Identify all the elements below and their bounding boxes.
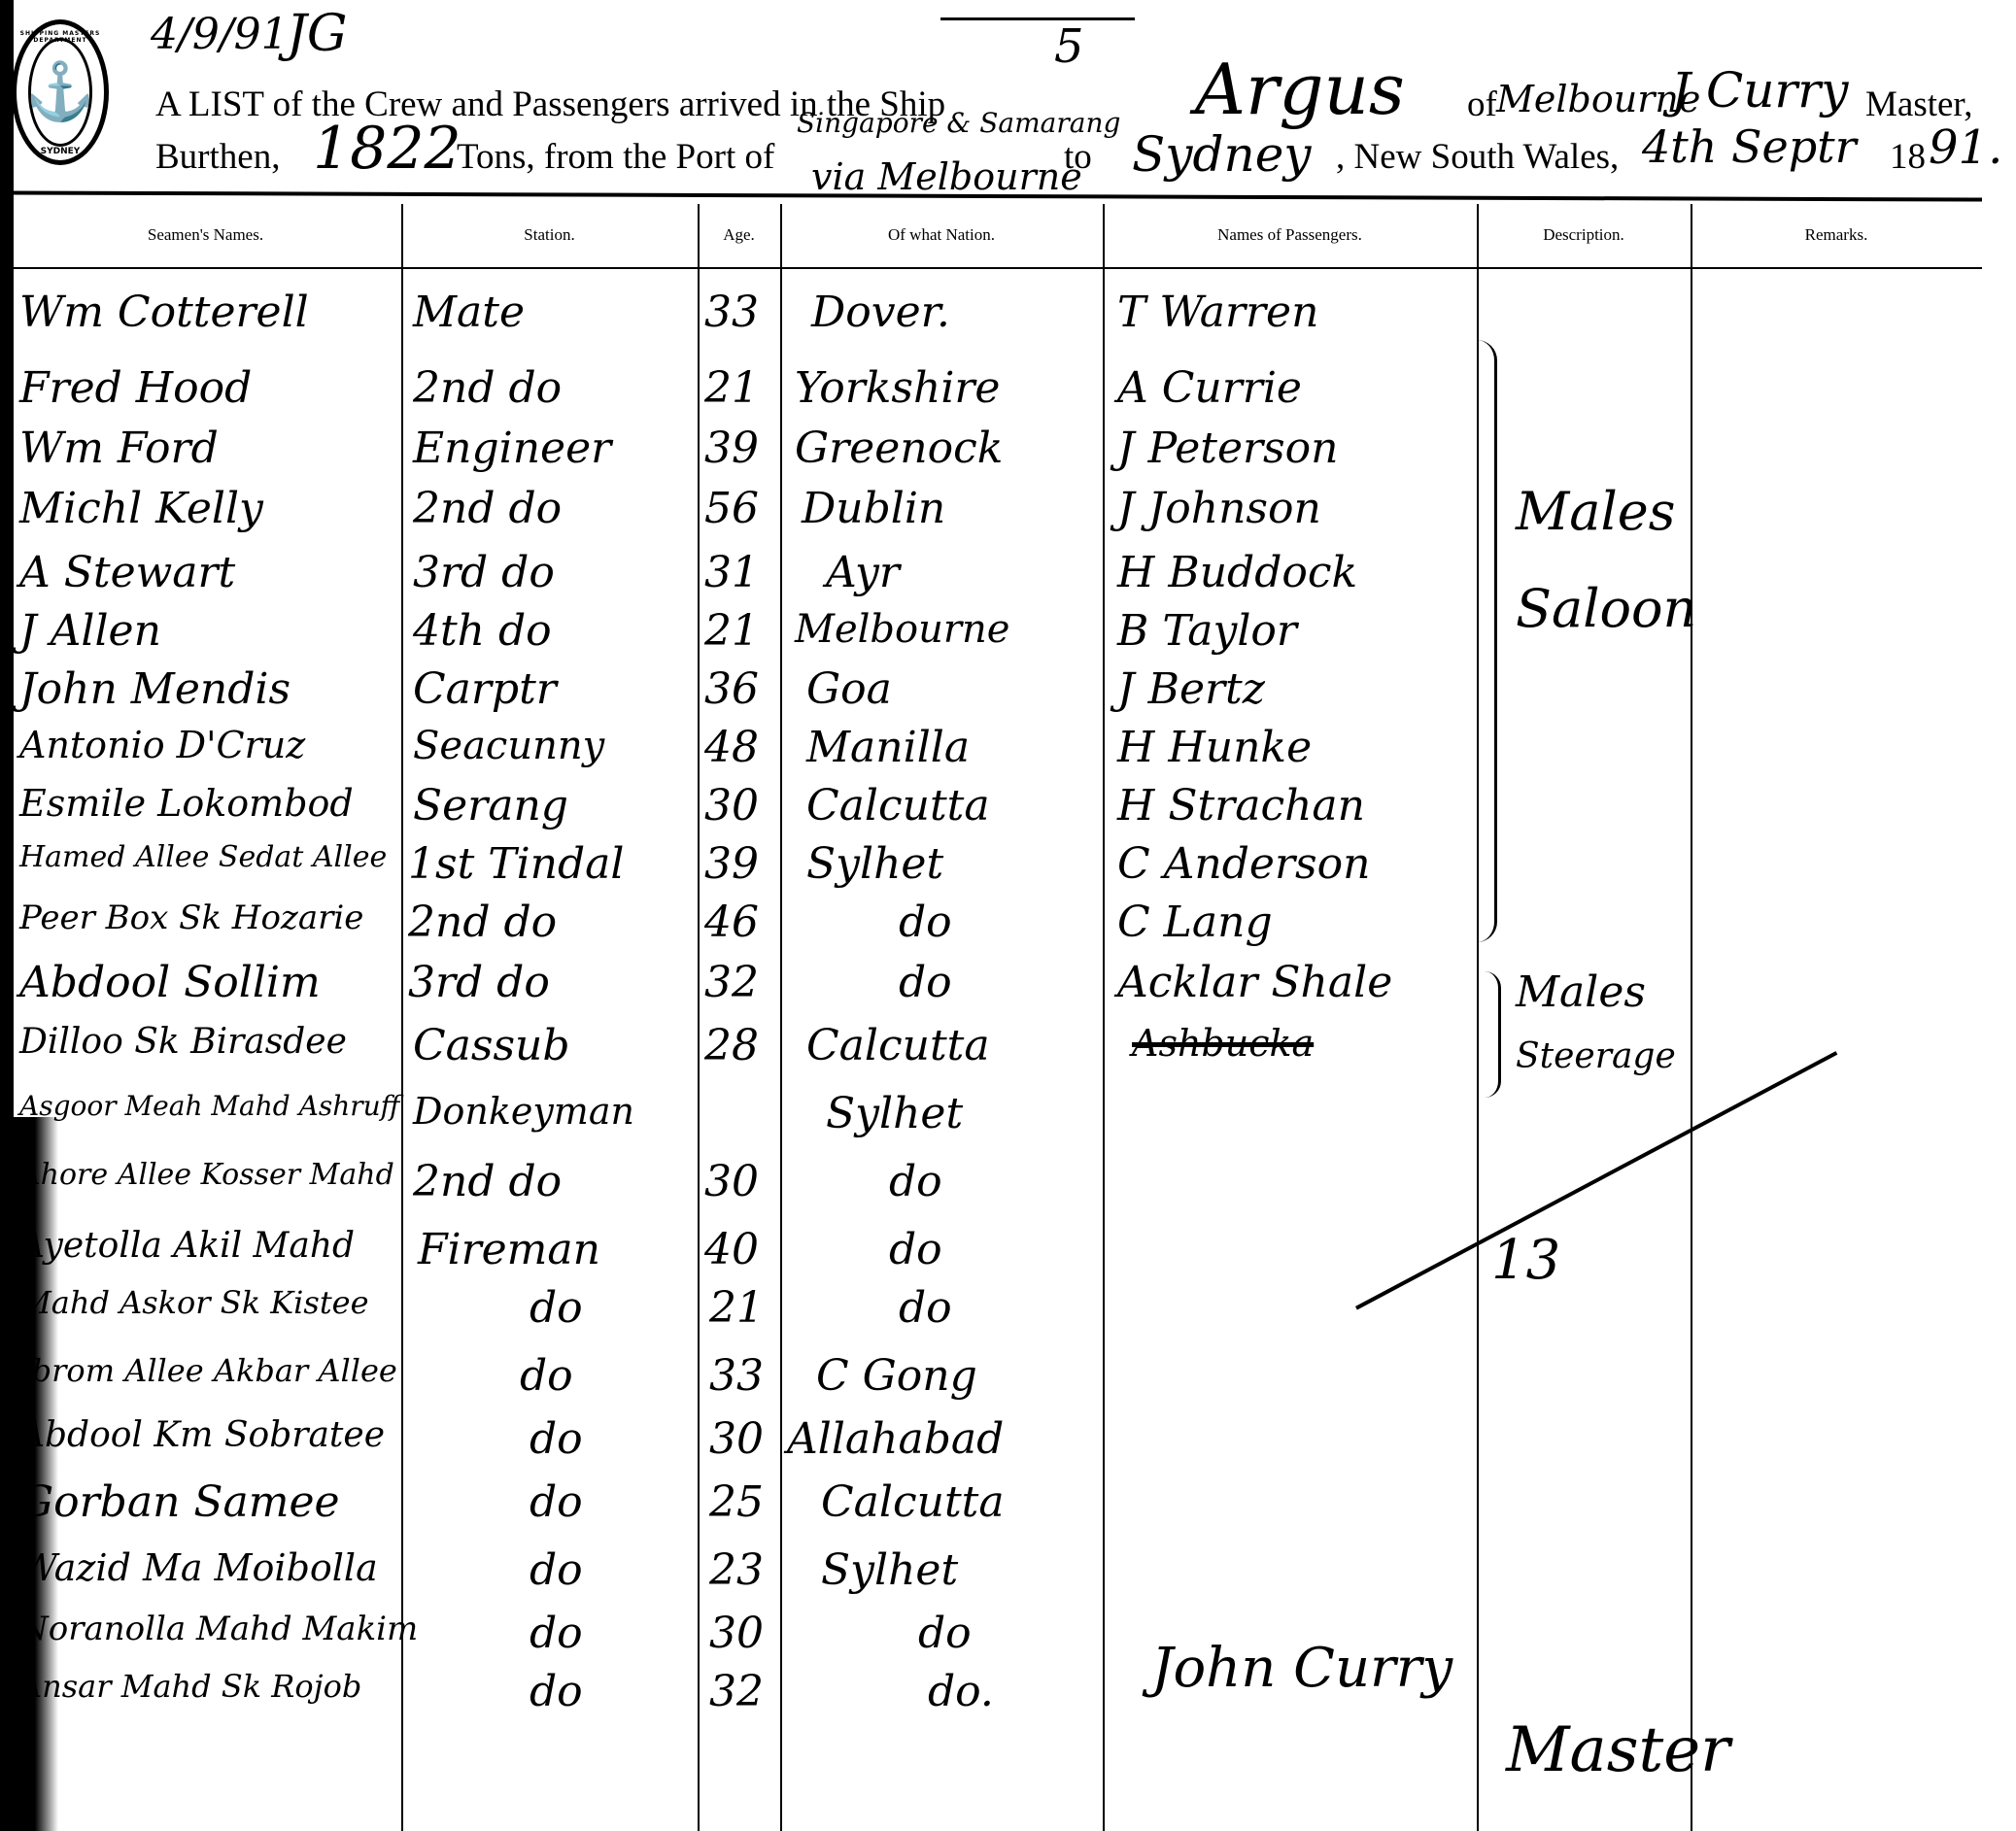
nation: do [918,1612,972,1655]
seaman-name: Ahore Allee Kosser Mahd [19,1161,394,1190]
seaman-name: Dilloo Sk Birasdee [19,1025,347,1060]
state-label: , New South Wales, [1336,136,1619,178]
age: 21 [704,367,759,410]
age: 33 [704,291,759,334]
seaman-name: Fred Hood [19,367,252,410]
age: 23 [709,1549,764,1592]
initials-annotation: JG [287,5,347,63]
from-port-line1: Singapore & Samarang [797,107,1120,139]
folio-number: 5 [1054,19,1084,74]
anchor-icon: ⚓ [17,63,104,121]
seaman-name: Ibrom Allee Akbar Allee [19,1355,397,1386]
station: 2nd do [408,901,557,944]
station: 3rd do [408,962,550,1004]
passenger-name: B Taylor [1117,610,1297,653]
station: do [530,1418,583,1461]
nation: Dublin [802,488,945,530]
seaman-name: Gorban Samee [19,1481,340,1524]
nation: Sylhet [806,843,943,886]
tons-value: 1822 [313,115,461,183]
description-saloon-line1: Males [1516,486,1675,538]
seaman-name: Peer Box Sk Hozarie [19,901,363,934]
year-suffix: 91. [1929,120,2002,175]
station: Carptr [413,668,557,711]
station: do [530,1612,583,1655]
passenger-name: H Strachan [1117,785,1365,828]
passenger-name-struck: Ashbucka [1132,1025,1314,1062]
seaman-name: Hamed Allee Sedat Allee [19,843,387,872]
nation: do [899,962,952,1004]
station: 2nd do [413,367,562,410]
top-rule [940,17,1135,20]
nation: do [889,1161,942,1204]
saloon-brace [1477,340,1497,942]
colhead-seamen-names: Seamen's Names. [10,225,401,245]
nation: Goa [806,668,892,711]
tons-label: Tons, from the Port of [457,136,774,178]
station: Seacunny [413,727,604,765]
cancel-stroke [1355,1051,1837,1309]
passenger-name: J Bertz [1117,668,1265,711]
shipping-masters-seal: SHIPPING MASTERS DEPARTMENT ⚓ SYDNEY [12,19,109,165]
nation: Allahabad [787,1418,1004,1461]
seaman-name: Noranolla Mahd Makim [19,1612,418,1645]
from-port-line2: via Melbourne [811,155,1082,198]
colhead-age: Age. [698,225,780,245]
station: 4th do [413,610,552,653]
age: 25 [709,1481,764,1524]
seaman-name: Esmile Lokombod [19,785,354,822]
age: 40 [704,1229,759,1272]
seaman-name: Michl Kelly [19,488,263,530]
nation: C Gong [816,1355,977,1398]
age: 32 [704,962,759,1004]
nation: Yorkshire [795,367,1000,410]
age: 56 [704,488,759,530]
seaman-name: Ansar Mahd Sk Rojob [19,1671,361,1702]
station: do [530,1549,583,1592]
description-saloon-line2: Saloon [1516,583,1696,635]
age: 21 [704,610,759,653]
age: 48 [704,727,759,769]
passenger-name: H Buddock [1117,552,1357,594]
colhead-passengers: Names of Passengers. [1103,225,1477,245]
seal-bottom-text: SYDNEY [17,147,104,156]
seaman-name: Mahd Askor Sk Kistee [19,1287,369,1318]
age: 39 [704,843,759,886]
age: 30 [704,1161,759,1204]
passenger-name: H Hunke [1117,727,1312,769]
passenger-name: C Anderson [1117,843,1370,886]
age: 30 [704,785,759,828]
station: 2nd do [413,1161,562,1204]
nation: do [889,1229,942,1272]
station: 3rd do [413,552,555,594]
station: 2nd do [413,488,562,530]
scan-edge-shadow-lower [0,1117,58,1831]
colhead-nation: Of what Nation. [780,225,1103,245]
master-label: Master, [1865,84,1973,125]
seaman-name: Wm Ford [19,427,219,470]
passenger-name: A Currie [1117,367,1302,410]
seaman-name: Wm Cotterell [19,291,309,334]
nation: Calcutta [806,785,990,828]
colhead-remarks: Remarks. [1691,225,1982,245]
age: 32 [709,1671,764,1713]
seaman-name: John Mendis [19,668,290,711]
to-label: to [1064,136,1092,178]
colhead-station: Station. [401,225,698,245]
signature-title: Master [1506,1719,1730,1781]
station: do [530,1287,583,1330]
column-divider [698,204,700,1831]
nation: Calcutta [821,1481,1005,1524]
signature-name: John Curry [1151,1642,1452,1696]
seaman-name: Wazid Ma Moibolla [19,1549,378,1586]
seal-ring-text: SHIPPING MASTERS DEPARTMENT [17,30,104,44]
seaman-name: Asgoor Meah Mahd Ashruff [19,1093,399,1120]
nation: do. [928,1671,994,1713]
master-name: J Curry [1671,62,1848,119]
burthen-label: Burthen, [155,136,280,178]
nation: do [899,1287,952,1330]
station: Mate [413,291,525,334]
column-divider [780,204,782,1831]
passenger-total: 13 [1491,1234,1560,1288]
passenger-name: C Lang [1117,901,1273,944]
station: do [520,1355,573,1398]
age: 33 [709,1355,764,1398]
station: 1st Tindal [408,843,624,886]
nation: Sylhet [826,1093,963,1136]
age: 30 [709,1612,764,1655]
colhead-description: Description. [1477,225,1691,245]
description-steerage-line2: Steerage [1516,1039,1676,1074]
year-prefix: 18 [1890,136,1926,178]
seaman-name: J Allen [19,610,161,653]
column-divider [1103,204,1105,1831]
passenger-name: J Peterson [1117,427,1338,470]
nation: Calcutta [806,1025,990,1068]
age: 30 [709,1418,764,1461]
seaman-name: Abdool Km Sobratee [19,1418,385,1453]
station: Engineer [413,427,611,470]
station: Donkeyman [413,1093,634,1130]
nation: do [899,901,952,944]
description-steerage-line1: Males [1516,971,1646,1014]
column-divider [401,204,403,1831]
steerage-brace [1485,971,1501,1098]
seaman-name: Antonio D'Cruz [19,727,305,763]
seaman-name: Ayetolla Akil Mahd [19,1229,355,1264]
passenger-name: Acklar Shale [1117,962,1392,1004]
nation: Dover. [811,291,950,334]
seaman-name: A Stewart [19,552,235,594]
seaman-name: Abdool Sollim [19,962,321,1004]
nation: Manilla [806,727,970,769]
station: do [530,1671,583,1713]
nation: Sylhet [821,1549,958,1592]
passenger-name: T Warren [1117,291,1318,334]
arrival-date: 4th Septr [1642,120,1857,173]
column-header-rule [10,267,1982,269]
passenger-name: J Johnson [1117,488,1321,530]
nation: Greenock [795,427,1003,470]
age: 31 [704,552,759,594]
age: 39 [704,427,759,470]
station: Cassub [413,1025,570,1068]
station: Fireman [418,1229,600,1272]
ship-name: Argus [1195,49,1405,130]
to-port: Sydney [1132,126,1312,183]
age: 36 [704,668,759,711]
nation: Ayr [826,552,900,594]
of-label: of [1467,84,1497,125]
age: 21 [709,1287,764,1330]
age: 46 [704,901,759,944]
nation: Melbourne [795,610,1009,649]
home-port: Melbourne [1496,78,1700,120]
age: 28 [704,1025,759,1068]
column-divider [1691,204,1692,1831]
station: do [530,1481,583,1524]
station: Serang [413,785,568,828]
date-annotation: 4/9/91 [151,10,289,59]
